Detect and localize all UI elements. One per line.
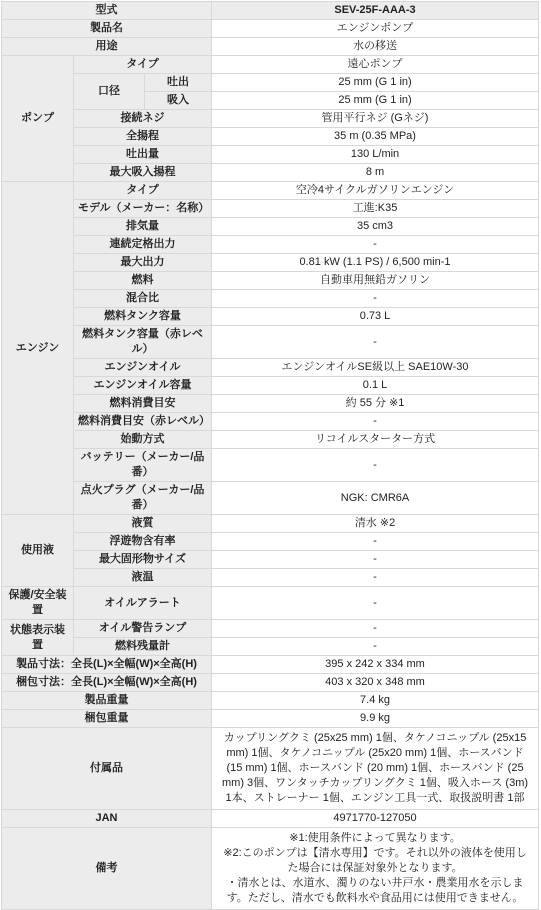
spec-row-max-output: 最大出力 0.81 kW (1.1 PS) / 6,500 min-1 — [2, 254, 539, 272]
row-value: 403 x 320 x 348 mm — [212, 674, 539, 692]
row-label: 接続ネジ — [74, 110, 212, 128]
spec-row-pump-type: ポンプ タイプ 遠心ポンプ — [2, 56, 539, 74]
row-label: 始動方式 — [74, 431, 212, 449]
row-value: 管用平行ネジ (Gネジ) — [212, 110, 539, 128]
group-label-pump: ポンプ — [2, 56, 74, 182]
row-label: モデル（メーカー：名称） — [74, 200, 212, 218]
row-value: カップリングクミ (25x25 mm) 1個、タケノコニップル (25x15 m… — [212, 728, 539, 810]
row-value: エンジンポンプ — [212, 20, 539, 38]
spec-row-package-dimensions: 梱包寸法：全長(L)×全幅(W)×全高(H) 403 x 320 x 348 m… — [2, 674, 539, 692]
group-label-status: 状態表示装置 — [2, 620, 74, 656]
row-label: 型式 — [2, 2, 212, 20]
row-value: - — [212, 533, 539, 551]
row-label: 製品重量 — [2, 692, 212, 710]
row-value: エンジンオイルSE級以上 SAE10W-30 — [212, 359, 539, 377]
spec-row-starting-system: 始動方式 リコイルスターター方式 — [2, 431, 539, 449]
row-value: 空冷4サイクルガソリンエンジン — [212, 182, 539, 200]
spec-row-suspended-solids: 浮遊物含有率 - — [2, 533, 539, 551]
row-value: 0.1 L — [212, 377, 539, 395]
row-label: 燃料 — [74, 272, 212, 290]
row-label: 製品寸法：全長(L)×全幅(W)×全高(H) — [2, 656, 212, 674]
spec-row-fuel-tank-capacity: 燃料タンク容量 0.73 L — [2, 308, 539, 326]
row-value: - — [212, 413, 539, 431]
spec-row-oil-warning-lamp: 状態表示装置 オイル警告ランプ - — [2, 620, 539, 638]
row-label: 燃料タンク容量（赤レベル） — [74, 326, 212, 359]
spec-row-engine-model: モデル（メーカー：名称） 工進:K35 — [2, 200, 539, 218]
row-label: 製品名 — [2, 20, 212, 38]
row-value: - — [212, 290, 539, 308]
row-value: 約 55 分 ※1 — [212, 395, 539, 413]
spec-row-connection-thread: 接続ネジ 管用平行ネジ (Gネジ) — [2, 110, 539, 128]
row-value: 35 cm3 — [212, 218, 539, 236]
row-value: 0.73 L — [212, 308, 539, 326]
row-label: 備考 — [2, 828, 212, 910]
row-value: - — [212, 638, 539, 656]
row-label: 付属品 — [2, 728, 212, 810]
spec-row-remarks: 備考 ※1:使用条件によって異なります。 ※2:このポンプは【清水専用】です。そ… — [2, 828, 539, 910]
spec-row-max-solid-size: 最大固形物サイズ - — [2, 551, 539, 569]
row-label: 吐出 — [145, 74, 212, 92]
spec-row-application: 用途 水の移送 — [2, 38, 539, 56]
row-label: エンジンオイル容量 — [74, 377, 212, 395]
row-label: エンジンオイル — [74, 359, 212, 377]
row-label: 点火プラグ（メーカー/品番） — [74, 482, 212, 515]
group-label-bore: 口径 — [74, 74, 145, 110]
row-value: - — [212, 236, 539, 254]
row-label: 燃料残量計 — [74, 638, 212, 656]
row-label: タイプ — [74, 56, 212, 74]
row-value: 7.4 kg — [212, 692, 539, 710]
row-value: 9.9 kg — [212, 710, 539, 728]
spec-row-battery: バッテリー（メーカー/品番） - — [2, 449, 539, 482]
row-label: 梱包寸法：全長(L)×全幅(W)×全高(H) — [2, 674, 212, 692]
row-label: 最大吸入揚程 — [74, 164, 212, 182]
row-label: 吐出量 — [74, 146, 212, 164]
spec-row-package-weight: 梱包重量 9.9 kg — [2, 710, 539, 728]
spec-row-displacement: 排気量 35 cm3 — [2, 218, 539, 236]
row-label: 燃料消費目安 — [74, 395, 212, 413]
remark-note-2: ※2:このポンプは【清水専用】です。それ以外の液体を使用した場合には保証対象外と… — [220, 846, 530, 876]
group-label-protection: 保護/安全装置 — [2, 587, 74, 620]
row-label: バッテリー（メーカー/品番） — [74, 449, 212, 482]
row-value: - — [212, 569, 539, 587]
row-label: 混合比 — [74, 290, 212, 308]
row-label: 用途 — [2, 38, 212, 56]
spec-row-model: 型式 SEV-25F-AAA-3 — [2, 2, 539, 20]
spec-row-fuel-consumption-red: 燃料消費目安（赤レベル） - — [2, 413, 539, 431]
row-value: 0.81 kW (1.1 PS) / 6,500 min-1 — [212, 254, 539, 272]
row-value: NGK: CMR6A — [212, 482, 539, 515]
row-label: オイルアラート — [74, 587, 212, 620]
row-value: - — [212, 551, 539, 569]
row-label: 最大出力 — [74, 254, 212, 272]
row-value: 8 m — [212, 164, 539, 182]
row-value: 4971770-127050 — [212, 810, 539, 828]
row-label: オイル警告ランプ — [74, 620, 212, 638]
spec-row-discharge-volume: 吐出量 130 L/min — [2, 146, 539, 164]
row-label: タイプ — [74, 182, 212, 200]
spec-row-engine-oil: エンジンオイル エンジンオイルSE級以上 SAE10W-30 — [2, 359, 539, 377]
row-value: - — [212, 587, 539, 620]
spec-row-oil-alert: 保護/安全装置 オイルアラート - — [2, 587, 539, 620]
row-value: ※1:使用条件によって異なります。 ※2:このポンプは【清水専用】です。それ以外… — [212, 828, 539, 910]
row-value: リコイルスターター方式 — [212, 431, 539, 449]
row-value: 清水 ※2 — [212, 515, 539, 533]
spec-row-liquid-temp: 液温 - — [2, 569, 539, 587]
spec-row-engine-oil-capacity: エンジンオイル容量 0.1 L — [2, 377, 539, 395]
spec-row-fuel-tank-capacity-red: 燃料タンク容量（赤レベル） - — [2, 326, 539, 359]
spec-row-product-name: 製品名 エンジンポンプ — [2, 20, 539, 38]
row-value: 395 x 242 x 334 mm — [212, 656, 539, 674]
row-label: 燃料タンク容量 — [74, 308, 212, 326]
row-label: 最大固形物サイズ — [74, 551, 212, 569]
group-label-liquid: 使用液 — [2, 515, 74, 587]
spec-row-mixture-ratio: 混合比 - — [2, 290, 539, 308]
row-value: - — [212, 326, 539, 359]
spec-row-engine-type: エンジン タイプ 空冷4サイクルガソリンエンジン — [2, 182, 539, 200]
row-label: JAN — [2, 810, 212, 828]
row-label: 浮遊物含有率 — [74, 533, 212, 551]
group-label-engine: エンジン — [2, 182, 74, 515]
spec-row-accessories: 付属品 カップリングクミ (25x25 mm) 1個、タケノコニップル (25x… — [2, 728, 539, 810]
row-value: 遠心ポンプ — [212, 56, 539, 74]
spec-row-fuel-gauge: 燃料残量計 - — [2, 638, 539, 656]
spec-row-liquid-quality: 使用液 液質 清水 ※2 — [2, 515, 539, 533]
row-value: SEV-25F-AAA-3 — [212, 2, 539, 20]
spec-row-continuous-rated-output: 連続定格出力 - — [2, 236, 539, 254]
row-label: 液質 — [74, 515, 212, 533]
spec-row-bore-discharge: 口径 吐出 25 mm (G 1 in) — [2, 74, 539, 92]
row-label: 液温 — [74, 569, 212, 587]
row-value: 自動車用無鉛ガソリン — [212, 272, 539, 290]
row-value: 130 L/min — [212, 146, 539, 164]
spec-row-total-head: 全揚程 35 m (0.35 MPa) — [2, 128, 539, 146]
spec-row-product-dimensions: 製品寸法：全長(L)×全幅(W)×全高(H) 395 x 242 x 334 m… — [2, 656, 539, 674]
spec-row-spark-plug: 点火プラグ（メーカー/品番） NGK: CMR6A — [2, 482, 539, 515]
spec-row-product-weight: 製品重量 7.4 kg — [2, 692, 539, 710]
row-value: - — [212, 620, 539, 638]
row-value: 35 m (0.35 MPa) — [212, 128, 539, 146]
row-label: 吸入 — [145, 92, 212, 110]
row-value: - — [212, 449, 539, 482]
row-label: 燃料消費目安（赤レベル） — [74, 413, 212, 431]
row-label: 梱包重量 — [2, 710, 212, 728]
spec-row-fuel: 燃料 自動車用無鉛ガソリン — [2, 272, 539, 290]
row-label: 全揚程 — [74, 128, 212, 146]
remark-note-1: ※1:使用条件によって異なります。 — [220, 831, 530, 846]
spec-row-max-suction-head: 最大吸入揚程 8 m — [2, 164, 539, 182]
spec-table: 型式 SEV-25F-AAA-3 製品名 エンジンポンプ 用途 水の移送 ポンプ… — [1, 1, 539, 910]
row-label: 連続定格出力 — [74, 236, 212, 254]
remark-note-3: ・清水とは、水道水、濁りのない井戸水・農業用水を示します。ただし、清水でも飲料水… — [220, 876, 530, 906]
row-value: 工進:K35 — [212, 200, 539, 218]
spec-row-jan: JAN 4971770-127050 — [2, 810, 539, 828]
row-value: 25 mm (G 1 in) — [212, 74, 539, 92]
spec-row-fuel-consumption: 燃料消費目安 約 55 分 ※1 — [2, 395, 539, 413]
row-value: 水の移送 — [212, 38, 539, 56]
row-value: 25 mm (G 1 in) — [212, 92, 539, 110]
row-label: 排気量 — [74, 218, 212, 236]
